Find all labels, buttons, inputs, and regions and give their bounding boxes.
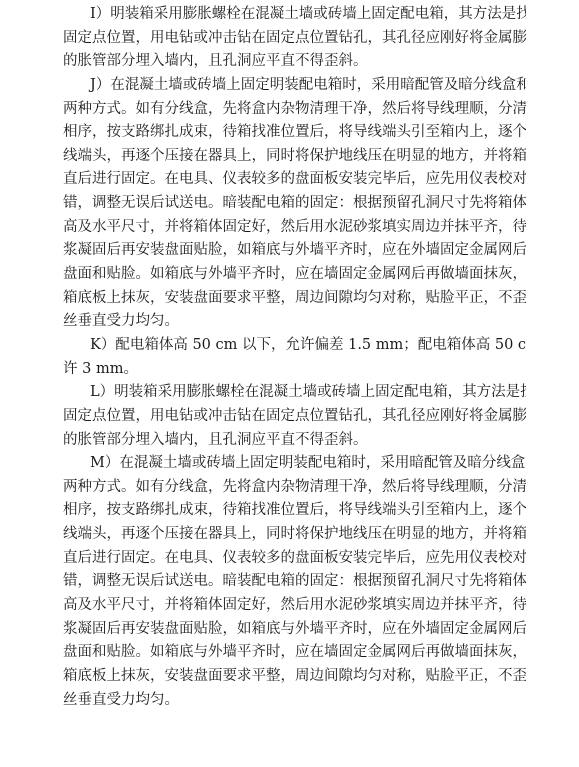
paragraph-line: 直后进行固定。在电具、仪表较多的盘面板安装完毕后，应先用仪表校对有无差 xyxy=(63,547,526,571)
paragraph-line: 高及水平尺寸，并将箱体固定好，然后用水泥砂浆填实周边并抹平齐，待水泥砂 xyxy=(63,594,526,618)
paragraph-line: 盘面和贴脸。如箱底与外墙平齐时，应在墙固定金属网后再做墙面抹灰，不得在 xyxy=(63,641,526,665)
paragraph-line: 直后进行固定。在电具、仪表较多的盘面板安装完毕后，应先用仪表校对有无差 xyxy=(63,168,526,192)
paragraph-line: 箱底板上抹灰，安装盘面要求平整，周边间隙均匀对称，贴脸平正，不歪斜，螺 xyxy=(63,665,526,689)
paragraph-line: 两种方式。如有分线盒，先将盒内杂物清理干净，然后将导线理顺，分清支路和 xyxy=(63,98,526,122)
paragraph-line: 的胀管部分埋入墙内，且孔洞应平直不得歪斜。 xyxy=(63,50,526,74)
paragraph-line: 错，调整无误后试送电。暗装配电箱的固定：根据预留孔洞尺寸先将箱体找好标 xyxy=(63,192,526,216)
paragraph-i: I）明装箱采用膨胀螺栓在混凝土墙或砖墙上固定配电箱，其方法是找出准确 固定点位置… xyxy=(63,3,526,74)
paragraph-line: 浆凝固后再安装盘面贴脸，如箱底与外墙平齐时，应在外墙固定金属网后再安装 xyxy=(63,239,526,263)
paragraph-line: 盘面和贴脸。如箱底与外墙平齐时，应在墙固定金属网后再做墙面抹灰，不得在 xyxy=(63,263,526,287)
paragraph-line: J）在混凝土墙或砖墙上固定明装配电箱时，采用暗配管及暗分线盒和明配管 xyxy=(63,74,526,98)
paragraph-line: 高及水平尺寸，并将箱体固定好，然后用水泥砂浆填实周边并抹平齐，待水泥砂 xyxy=(63,216,526,240)
paragraph-l: L）明装箱采用膨胀螺栓在混凝土墙或砖墙上固定配电箱，其方法是找出准确 固定点位置… xyxy=(63,381,526,452)
paragraph-line: 线端头，再逐个压接在器具上，同时将保护地线压在明显的地方，并将箱调整平 xyxy=(63,145,526,169)
paragraph-line: 线端头，再逐个压接在器具上，同时将保护地线压在明显的地方，并将箱调整平 xyxy=(63,523,526,547)
paragraph-line: L）明装箱采用膨胀螺栓在混凝土墙或砖墙上固定配电箱，其方法是找出准确 xyxy=(63,381,526,405)
paragraph-line: 两种方式。如有分线盒，先将盒内杂物清理干净，然后将导线理顺，分清支路和 xyxy=(63,476,526,500)
paragraph-line: 固定点位置，用电钻或冲击钻在固定点位置钻孔，其孔径应刚好将金属膨胀螺栓 xyxy=(63,405,526,429)
paragraph-line: M）在混凝土墙或砖墙上固定明装配电箱时，采用暗配管及暗分线盒和明配管 xyxy=(63,452,526,476)
paragraph-line: 丝垂直受力均匀。 xyxy=(63,689,526,713)
paragraph-line: 箱底板上抹灰，安装盘面要求平整，周边间隙均匀对称，贴脸平正，不歪斜，螺 xyxy=(63,287,526,311)
paragraph-m: M）在混凝土墙或砖墙上固定明装配电箱时，采用暗配管及暗分线盒和明配管 两种方式。… xyxy=(63,452,526,712)
paragraph-j: J）在混凝土墙或砖墙上固定明装配电箱时，采用暗配管及暗分线盒和明配管 两种方式。… xyxy=(63,74,526,334)
paragraph-line: 错，调整无误后试送电。暗装配电箱的固定：根据预留孔洞尺寸先将箱体找好标 xyxy=(63,570,526,594)
paragraph-line: 的胀管部分埋入墙内，且孔洞应平直不得歪斜。 xyxy=(63,429,526,453)
paragraph-line: 许 3 mm。 xyxy=(63,358,526,382)
paragraph-line: 相序，按支路绑扎成束，待箱找准位置后，将导线端头引至箱内上，逐个剥削导 xyxy=(63,121,526,145)
paragraph-line: 浆凝固后再安装盘面贴脸，如箱底与外墙平齐时，应在外墙固定金属网后再安装 xyxy=(63,618,526,642)
paragraph-line: 丝垂直受力均匀。 xyxy=(63,310,526,334)
paragraph-line: I）明装箱采用膨胀螺栓在混凝土墙或砖墙上固定配电箱，其方法是找出准确 xyxy=(63,3,526,27)
paragraph-k: K）配电箱体高 50 cm 以下，允许偏差 1.5 mm；配电箱体高 50 cm… xyxy=(63,334,526,381)
paragraph-line: 固定点位置，用电钻或冲击钻在固定点位置钻孔，其孔径应刚好将金属膨胀螺栓 xyxy=(63,27,526,51)
document-page: I）明装箱采用膨胀螺栓在混凝土墙或砖墙上固定配电箱，其方法是找出准确 固定点位置… xyxy=(63,3,526,712)
paragraph-line: 相序，按支路绑扎成束，待箱找准位置后，将导线端头引至箱内上，逐个剥削导 xyxy=(63,499,526,523)
paragraph-line: K）配电箱体高 50 cm 以下，允许偏差 1.5 mm；配电箱体高 50 cm… xyxy=(63,334,526,358)
